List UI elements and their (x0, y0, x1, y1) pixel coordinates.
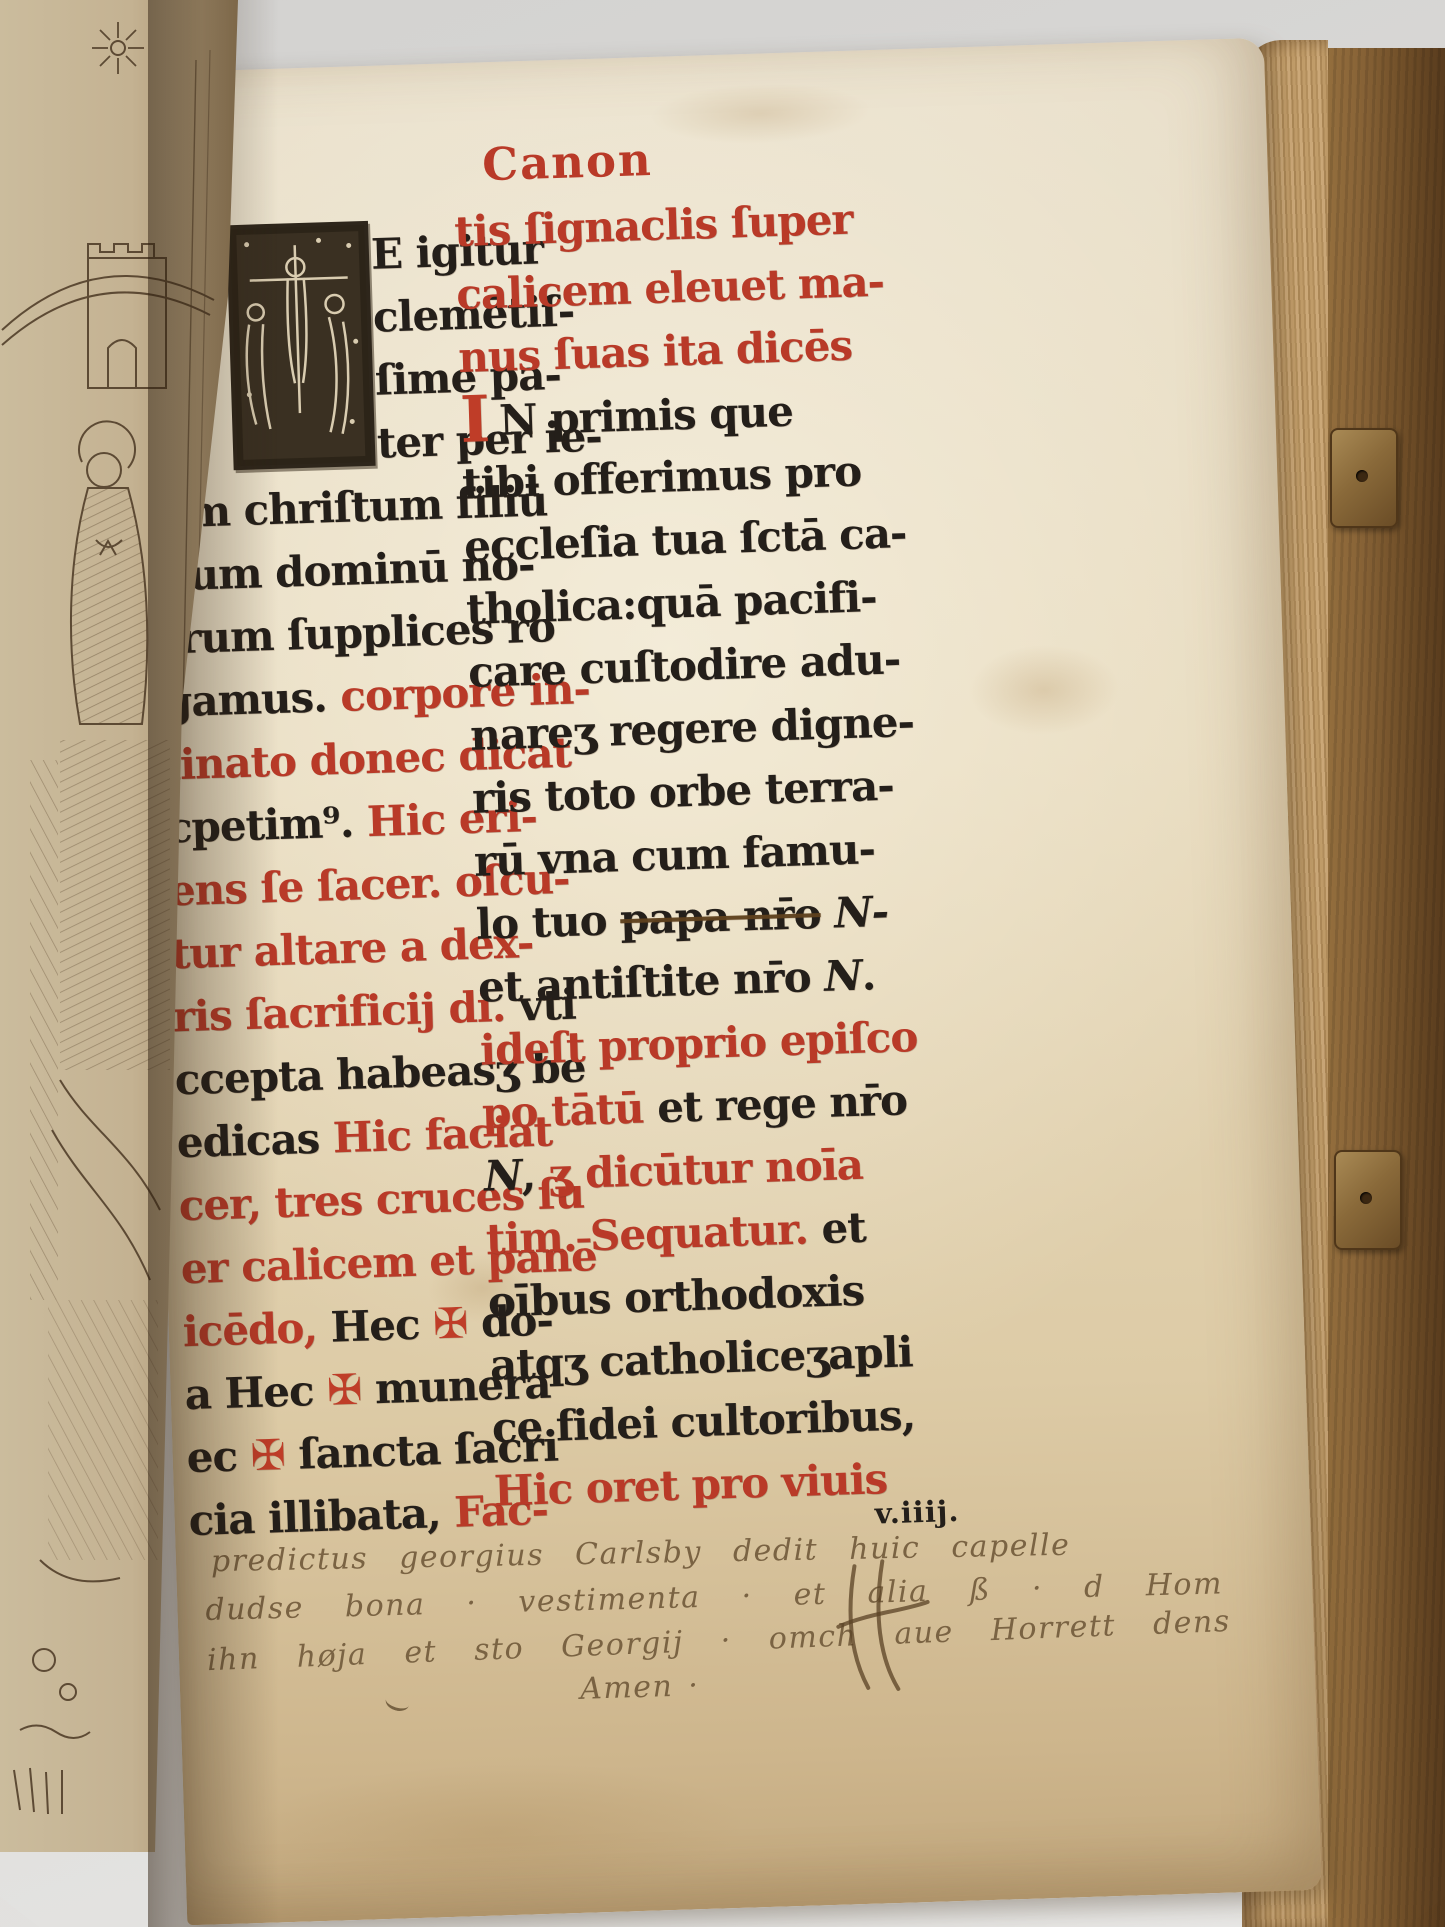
text-line: ris ſacrificij di. vti (172, 979, 474, 1051)
text-line: clemētiſ- (372, 286, 452, 351)
text-segment: papa nr̄o (619, 889, 821, 944)
text-line: tur altare a dex- (170, 916, 472, 988)
text-segment: ʒ dicūtur noīa (548, 1140, 864, 1199)
text-segment: cia illibata, (188, 1488, 455, 1545)
quire-signature: v.iiij. (874, 1494, 960, 1531)
text-segment: edicas (176, 1113, 334, 1167)
right-text-column: tis ſignaclis ſupercalicem eleuet ma-nus… (453, 185, 1069, 1525)
text-segment: ce fidei cultoribus, (491, 1390, 916, 1452)
photo-background: Canon (0, 0, 1445, 1927)
clasp-bottom-icon (1334, 1150, 1402, 1250)
text-segment: ris ſacrificij di. (172, 982, 520, 1042)
text-segment: N (823, 951, 862, 1001)
text-segment: care cuſtodire adu- (467, 634, 901, 697)
text-segment: tim. Sequatur. (485, 1204, 822, 1264)
text-segment: , (521, 1150, 550, 1200)
text-line: ec ✠ ſancta ſacri (186, 1420, 488, 1492)
text-segment: cpetim⁹. (166, 797, 368, 852)
text-segment: et antiſtite nr̄o (477, 952, 825, 1012)
text-line: icēdo, Hec ✠ do- (182, 1294, 484, 1366)
text-segment: ideſt proprio epiſco (479, 1012, 918, 1075)
text-line: uum dominū no- (158, 538, 460, 610)
text-segment: tis ſignaclis ſuper (454, 195, 854, 256)
text-segment: ris toto orbe terra- (471, 761, 894, 823)
text-segment: ✠ (432, 1298, 468, 1348)
text-segment: ✠ (326, 1365, 362, 1415)
text-segment: Hic oret pro viuis (493, 1454, 888, 1515)
text-segment: oībus orthodoxis (487, 1266, 865, 1327)
text-segment: icēdo, (182, 1303, 331, 1357)
text-line: linato donec dicat (164, 727, 466, 799)
text-line: E igitur (370, 223, 450, 288)
text-segment: N primis que (498, 387, 793, 445)
text-line: er calicem et panē (180, 1231, 482, 1303)
text-segment: a Hec (184, 1366, 328, 1419)
text-segment: et (821, 1203, 867, 1253)
text-segment: lo tuo (475, 895, 621, 949)
text-line: ens ſe ſacer. oſcu- (168, 853, 470, 925)
text-line: ſime pa- (374, 349, 454, 414)
text-line: a Hec ✠ munera (184, 1357, 486, 1429)
text-segment: rū vna cum famu- (473, 824, 875, 886)
text-segment: gamus. (162, 672, 341, 727)
text-line: ter per ie- (376, 412, 456, 477)
text-segment: N- (820, 887, 889, 938)
book-cover-board (1318, 48, 1445, 1927)
text-segment: tibi offerimus pro (461, 447, 861, 509)
text-segment: et rege nr̄o (656, 1075, 907, 1132)
text-segment: tholica:quā pacifi- (465, 572, 877, 634)
text-segment: . (861, 950, 876, 999)
right-page: Canon (129, 38, 1322, 1926)
text-segment: ✠ (250, 1430, 286, 1480)
pen-flourish (824, 1554, 938, 1697)
text-segment: N (483, 1151, 522, 1201)
text-segment: ec (186, 1431, 251, 1482)
handwritten-annotation: predictus georgius Carlsby dedit huic ca… (129, 38, 1263, 74)
text-line: gamus. corpore in- (162, 664, 464, 736)
text-segment: calicem eleuet ma- (456, 257, 885, 319)
text-line: trum ſupplices ro (160, 601, 462, 673)
handwriting-line: Amen · (580, 1668, 700, 1707)
text-segment: po tātū (481, 1083, 658, 1137)
text-segment: atqʒ catholiceʒapli (489, 1327, 913, 1389)
text-segment: nus ſuas ita dicēs (458, 321, 853, 382)
text-line: edicas Hic faciat (176, 1105, 478, 1177)
ink-blot (384, 1691, 412, 1714)
text-segment: eccleſia tua ſctā ca- (463, 508, 907, 571)
text-segment: I (459, 382, 490, 458)
parchment-stain (243, 1755, 747, 1911)
text-line: cpetim⁹. Hic eri- (166, 790, 468, 862)
text-segment: Hec (330, 1299, 434, 1351)
parchment-stain (650, 80, 872, 147)
text-segment: nareʒ regere digne- (469, 697, 914, 760)
page-title: Canon (481, 133, 653, 191)
text-line: ccepta habeasʒ be (174, 1042, 476, 1114)
clasp-top-icon (1330, 428, 1398, 528)
text-line: cer, tres cruces ſu (178, 1168, 480, 1240)
